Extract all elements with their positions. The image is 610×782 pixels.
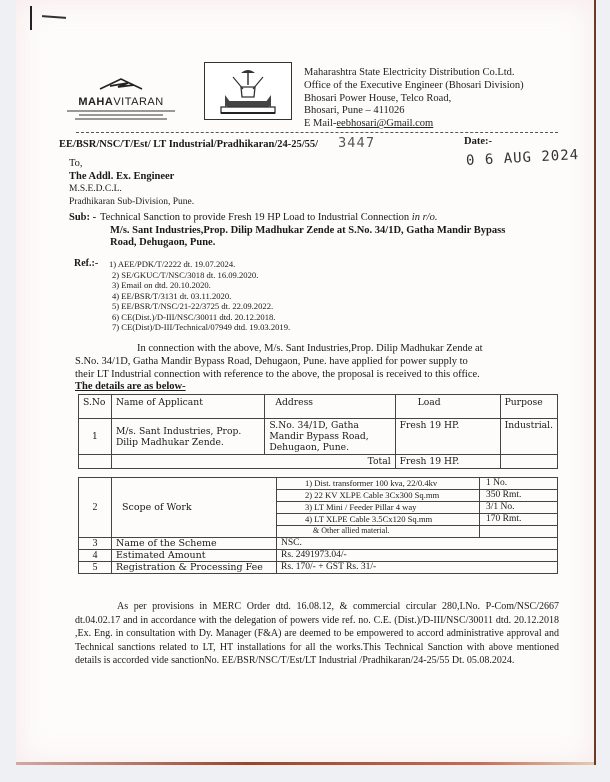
company-name: Maharashtra State Electricity Distributi… [304, 67, 524, 80]
subject-label: Sub: - [69, 212, 96, 223]
email-link[interactable]: eebhosari@Gmail.com [336, 118, 433, 129]
reference-item: 7) CE(Dist)/D-III/Technical/07949 dtd. 1… [109, 322, 290, 333]
office-name: Office of the Executive Engineer (Bhosar… [304, 80, 524, 93]
table-row: 1 M/s. Sant Industries, Prop. Dilip Madh… [79, 419, 558, 455]
reference-item: 4) EE/BSR/T/3131 dt. 03.11.2020. [109, 291, 290, 302]
recipient-org: M.S.E.D.C.L. [69, 183, 194, 196]
email-line: E Mail-eebhosari@Gmail.com [304, 118, 524, 131]
reference-item: 6) CE(Dist.)/D-III/NSC/30011 dtd. 20.12.… [109, 312, 290, 323]
details-heading: The details are as below- [75, 381, 186, 392]
margin-mark [30, 6, 32, 30]
logo-wordmark: MAHAVITARAN [61, 96, 181, 108]
table-row: 4 Estimated Amount Rs. 2491973.04/- [79, 550, 558, 562]
references-list: 1) AEE/PDK/T/2222 dt. 19.07.2024. 2) SE/… [109, 259, 290, 333]
mahavitaran-logo: MAHAVITARAN [61, 78, 181, 120]
table-total-row: Total Fresh 19 HP. [79, 455, 558, 469]
table-row: 3 Name of the Scheme NSC. [79, 538, 558, 550]
recipient-office: Pradhikaran Sub-Division, Pune. [69, 196, 194, 209]
recipient-title: The Addl. Ex. Engineer [69, 171, 194, 184]
applicant-table: S.No Name of Applicant Address Load Purp… [78, 394, 558, 469]
emblem-icon [205, 63, 291, 119]
reference-item: 2) SE/GKUC/T/NSC/3018 dt. 16.09.2020. [109, 270, 290, 281]
address-line: Bhosari Power House, Telco Road, [304, 93, 524, 106]
intro-paragraph: In connection with the above, M/s. Sant … [75, 342, 559, 381]
recipient-block: To, The Addl. Ex. Engineer M.S.E.D.C.L. … [69, 158, 194, 208]
address-line: Bhosari, Pune – 411026 [304, 105, 524, 118]
date-label: Date:- [464, 136, 492, 147]
table-header-row: S.No Name of Applicant Address Load Purp… [79, 395, 558, 419]
subject-text: Technical Sanction to provide Fresh 19 H… [100, 212, 560, 250]
references-label: Ref.:- [74, 258, 98, 269]
reference-item: 5) EE/BSR/T/NSC/21-22/3725 dt. 22.09.202… [109, 301, 290, 312]
document-page: MAHAVITARAN Maharashtra State Electricit… [16, 0, 596, 765]
office-address: Maharashtra State Electricity Distributi… [304, 67, 524, 131]
reference-number: EE/BSR/NSC/T/Est/ LT Industrial/Pradhika… [59, 139, 318, 150]
to-label: To, [69, 158, 194, 171]
margin-mark [42, 15, 66, 19]
scope-table: 2 Scope of Work 1) Dist. transformer 100… [78, 477, 558, 574]
reference-item: 1) AEE/PDK/T/2222 dt. 19.07.2024. [109, 259, 290, 270]
table-row: 5 Registration & Processing Fee Rs. 170/… [79, 562, 558, 574]
header-divider [76, 132, 558, 133]
date-stamp: 0 6 AUG 2024 [466, 147, 580, 169]
government-emblem [204, 62, 292, 120]
lightning-roof-icon [98, 78, 144, 90]
reference-item: 3) Email on dtd. 20.10.2020. [109, 280, 290, 291]
closing-paragraph: As per provisions in MERC Order dtd. 16.… [75, 600, 559, 668]
handwritten-number: 3447 [338, 136, 375, 151]
scope-row: 2 Scope of Work 1) Dist. transformer 100… [79, 478, 558, 490]
